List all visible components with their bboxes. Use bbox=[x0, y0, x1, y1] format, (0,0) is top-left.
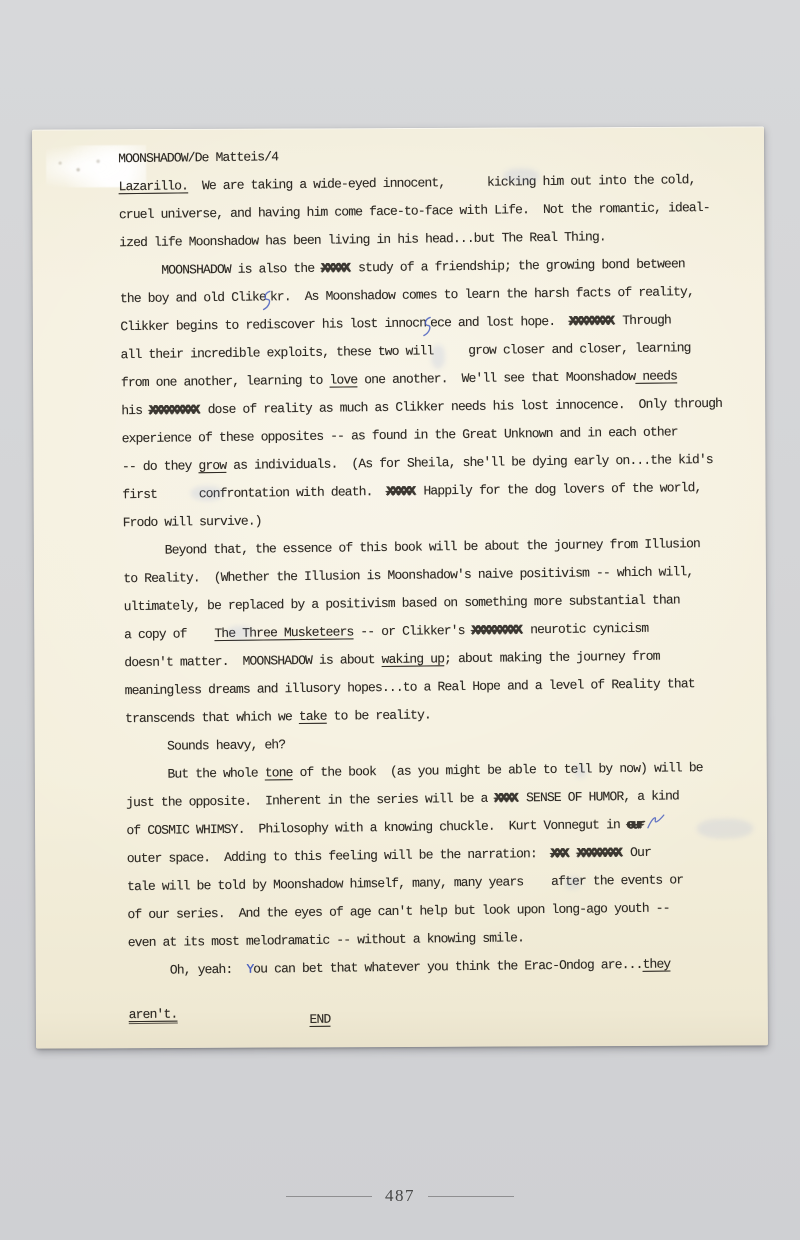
typed-text: SENSE OF HUMOR, a kind bbox=[519, 788, 679, 805]
typed-text: tone bbox=[265, 765, 293, 780]
typed-text: But the whole bbox=[126, 765, 265, 782]
typed-text: dose of reality as much as Clikker needs… bbox=[201, 396, 723, 417]
typed-text: Beyond that, the essence of this book wi… bbox=[123, 536, 700, 558]
typed-line: aren't. END bbox=[129, 993, 769, 1029]
scanned-book-page-background: MOONSHADOW/De Matteis/4Lazarillo. We are… bbox=[0, 0, 800, 1240]
typed-text: Happily for the dog lovers of the world, bbox=[416, 480, 701, 498]
typed-text: Our bbox=[623, 845, 651, 860]
typed-text: Oh, yeah: bbox=[128, 962, 246, 978]
typed-text: MOONSHADOW is also the bbox=[120, 261, 322, 278]
typed-text: END bbox=[309, 1012, 330, 1027]
eraser-smudge bbox=[431, 345, 445, 369]
page-number: 487 bbox=[385, 1186, 415, 1206]
typed-text: as individuals. (As for Sheila, she'll b… bbox=[226, 452, 713, 473]
typed-text: ou can bet that whatever you think the E… bbox=[253, 957, 642, 977]
typed-text: from one another, learning to bbox=[121, 373, 330, 391]
typed-text: Frodo will survive.) bbox=[123, 513, 262, 530]
typed-text: of our series. And the eyes of age can't… bbox=[127, 901, 669, 923]
typed-text: just the opposite. Inherent in the serie… bbox=[126, 791, 495, 810]
typed-text: Through bbox=[615, 312, 671, 328]
typed-text: needs bbox=[635, 368, 677, 384]
typed-text: study of a friendship; the growing bond … bbox=[351, 256, 685, 275]
typed-text: all their incredible exploits, these two… bbox=[121, 340, 691, 362]
typed-text: ; about making the journey from bbox=[444, 649, 660, 667]
typed-text: his bbox=[121, 403, 149, 418]
typed-text: outer space. Adding to this feeling will… bbox=[127, 846, 551, 866]
typed-text: our bbox=[627, 817, 643, 832]
typed-text: love bbox=[329, 372, 357, 387]
typed-text: the boy and old Clike bbox=[120, 289, 266, 306]
typed-text: cruel universe, and having him come face… bbox=[119, 200, 710, 222]
typed-text: to Reality. (Whether the Illusion is Moo… bbox=[123, 564, 693, 586]
eraser-smudge-layer bbox=[32, 126, 764, 129]
typed-text: We are taking a wide-eyed innocent, kick… bbox=[188, 172, 696, 193]
typed-text: they bbox=[642, 957, 670, 972]
eraser-smudge bbox=[697, 818, 753, 838]
typed-text: to be reality. bbox=[327, 707, 431, 723]
typed-text: kr. As Moonshadow comes to learn the har… bbox=[270, 284, 694, 304]
typed-text: neurotic cynicism bbox=[523, 621, 648, 638]
typed-text: a copy of bbox=[124, 626, 215, 642]
typed-text: XXXXXXXXX bbox=[149, 402, 198, 418]
typed-text: XXXXXXXX bbox=[577, 845, 620, 861]
typed-text: Clikker begins to rediscover his lost in… bbox=[120, 315, 426, 334]
typed-text: transcends that which we bbox=[125, 709, 299, 726]
typed-text: -- or Clikker's bbox=[353, 623, 471, 639]
typed-text: ultimately, be replaced by a positivism … bbox=[124, 592, 680, 614]
typed-text: -- do they bbox=[122, 458, 199, 474]
manuscript-page: MOONSHADOW/De Matteis/4Lazarillo. We are… bbox=[32, 126, 768, 1048]
eraser-smudge bbox=[191, 486, 224, 501]
typed-text: tale will be told by Moonshadow himself,… bbox=[127, 872, 683, 894]
eraser-smudge bbox=[503, 168, 539, 183]
typed-text: XXXXXXXXX bbox=[472, 622, 521, 638]
eraser-smudge bbox=[564, 876, 581, 889]
typed-text: of COSMIC WHIMSY. Philosophy with a know… bbox=[126, 817, 627, 838]
typed-text: take bbox=[299, 709, 327, 724]
typed-text: aren't. bbox=[129, 1007, 178, 1025]
eraser-smudge bbox=[226, 626, 253, 640]
typed-text: first confrontation with death. bbox=[122, 484, 386, 502]
typed-text: experience of these opposites -- as foun… bbox=[122, 424, 678, 446]
typed-text: meaningless dreams and illusory hopes...… bbox=[125, 676, 695, 698]
typed-text: doesn't matter. MOONSHADOW is about bbox=[124, 652, 381, 670]
page-number-rule-left bbox=[286, 1196, 372, 1197]
typed-text: MOONSHADOW/De Matteis/4 bbox=[118, 149, 278, 166]
page-number-rule-right bbox=[428, 1196, 514, 1197]
typed-text: XXXX bbox=[494, 790, 516, 805]
typed-text: ized life Moonshadow has been living in … bbox=[119, 229, 606, 250]
typed-text: grow bbox=[198, 458, 226, 473]
typed-text: XXXXX bbox=[386, 484, 413, 499]
typed-text: XXXXXXXX bbox=[569, 313, 612, 329]
typed-text: even at its most melodramatic -- without… bbox=[128, 930, 524, 950]
eraser-smudge bbox=[574, 764, 587, 778]
typed-text: XXXXX bbox=[321, 260, 348, 275]
typed-text: Lazarillo. bbox=[118, 178, 188, 194]
typed-text: Sounds heavy, eh? bbox=[125, 737, 285, 754]
book-page-number-row: 487 bbox=[0, 1184, 800, 1208]
typed-text bbox=[177, 1005, 309, 1022]
typed-text: one another. We'll see that Moonshadow bbox=[357, 369, 635, 387]
typed-text: of the book (as you might be able to tel… bbox=[292, 760, 702, 780]
typed-text: waking up bbox=[381, 651, 444, 667]
typed-text: ece and lost hope. bbox=[430, 314, 569, 331]
typed-text: XXX bbox=[551, 846, 567, 861]
typescript-text-block: MOONSHADOW/De Matteis/4Lazarillo. We are… bbox=[118, 137, 769, 1029]
